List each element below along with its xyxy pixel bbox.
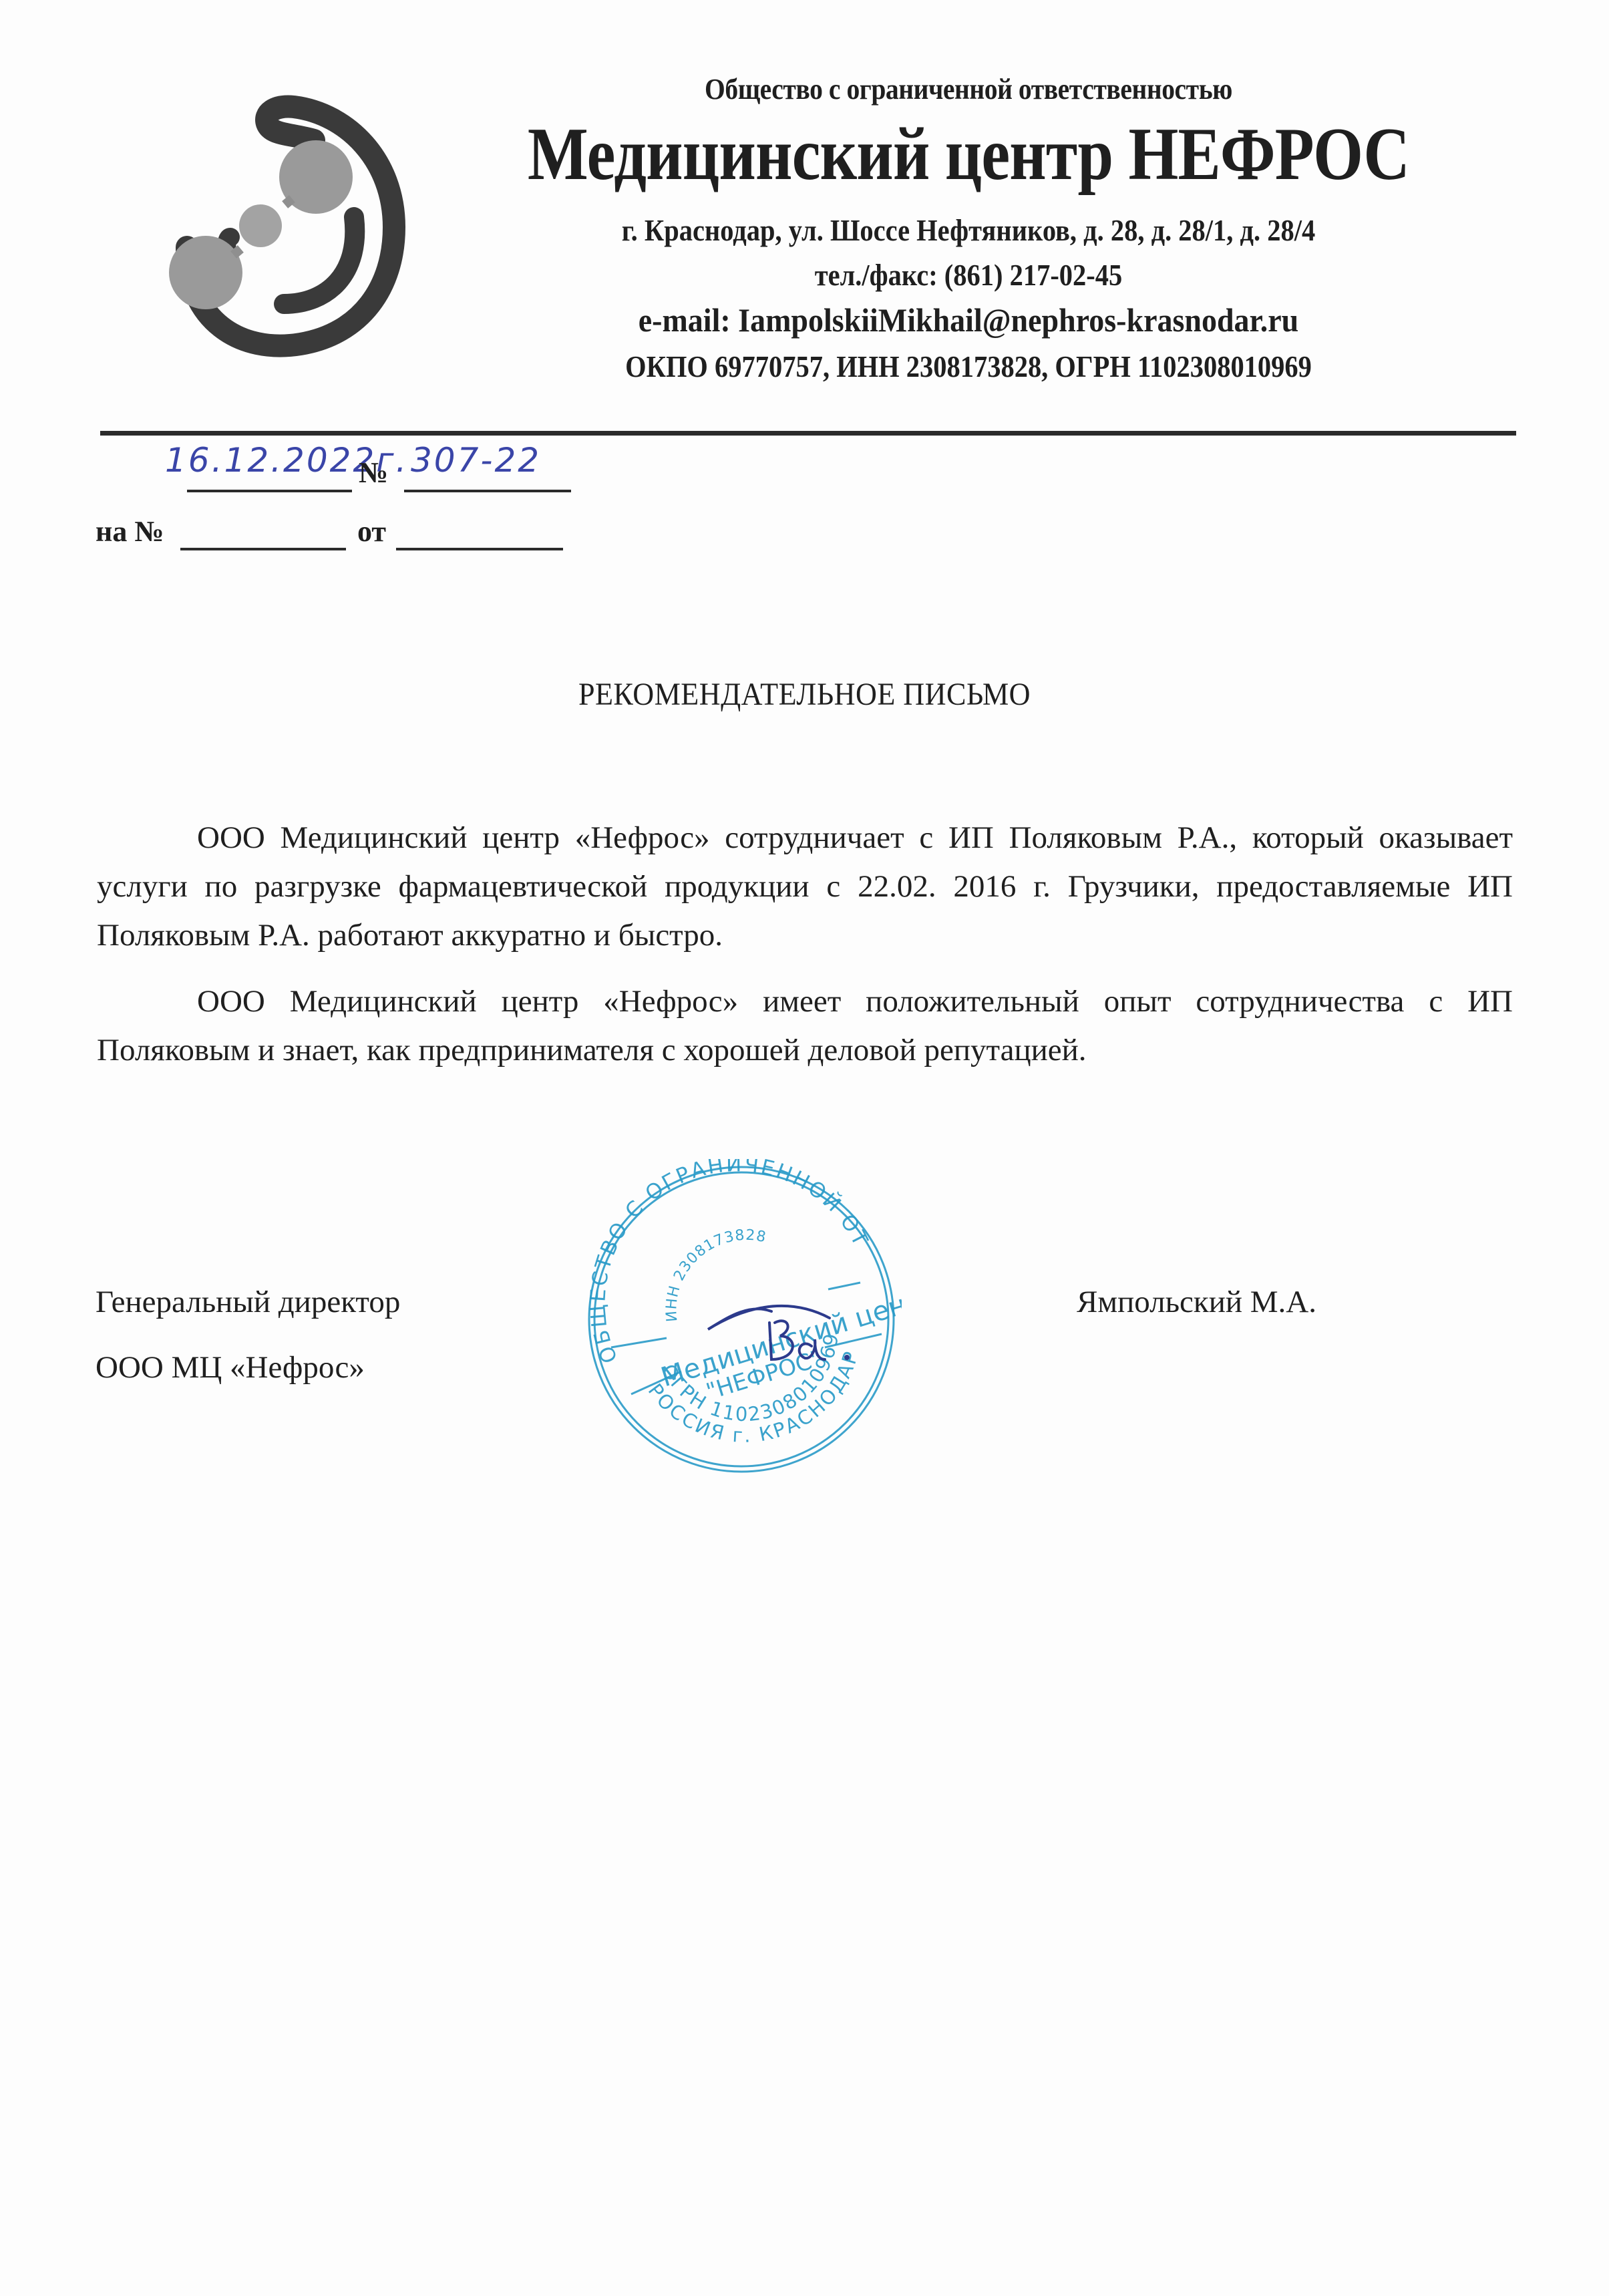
signer-company: ООО МЦ «Нефрос»: [96, 1349, 365, 1385]
reply-date-label: от: [357, 514, 386, 548]
letterhead-registration-ids: ОКПО 69770757, ИНН 2308173828, ОГРН 1102…: [498, 349, 1439, 384]
body-paragraph-2: ООО Медицинский центр «Нефрос» имеет пол…: [97, 977, 1513, 1075]
letterhead-email: e-mail: IampolskiiMikhail@nephros-krasno…: [477, 301, 1460, 339]
reply-reference: на № от: [96, 514, 630, 554]
signer-name: Ямпольский М.А.: [1077, 1284, 1316, 1320]
company-seal-stamp: ОБЩЕСТВО С ОГРАНИЧЕННОЙ ОТВЕТСТВЕННОСТЬЮ…: [581, 1159, 902, 1480]
date-underline: [187, 490, 352, 492]
letterhead-company-name: Медицинский центр НЕФРОС: [509, 117, 1428, 192]
letterhead-address: г. Краснодар, ул. Шоссе Нефтяников, д. 2…: [498, 212, 1439, 248]
reply-number-underline: [180, 548, 346, 550]
body-paragraph-1: ООО Медицинский центр «Нефрос» сотруднич…: [97, 814, 1513, 960]
reply-date-underline: [396, 548, 563, 550]
number-underline: [404, 490, 571, 492]
reply-number-label: на №: [96, 514, 164, 548]
outgoing-number-handwritten: 307-22: [411, 441, 541, 480]
letterhead-phone: тел./факс: (861) 217-02-45: [498, 257, 1439, 293]
letterhead-divider: [100, 431, 1516, 436]
document-title: РЕКОМЕНДАТЕЛЬНОЕ ПИСЬМО: [64, 676, 1544, 713]
letterhead-org-form: Общество с ограниченной ответственностью: [488, 72, 1449, 106]
signer-position: Генеральный директор: [96, 1284, 400, 1320]
number-label: №: [359, 456, 388, 490]
nephros-logo-icon: [114, 73, 407, 361]
